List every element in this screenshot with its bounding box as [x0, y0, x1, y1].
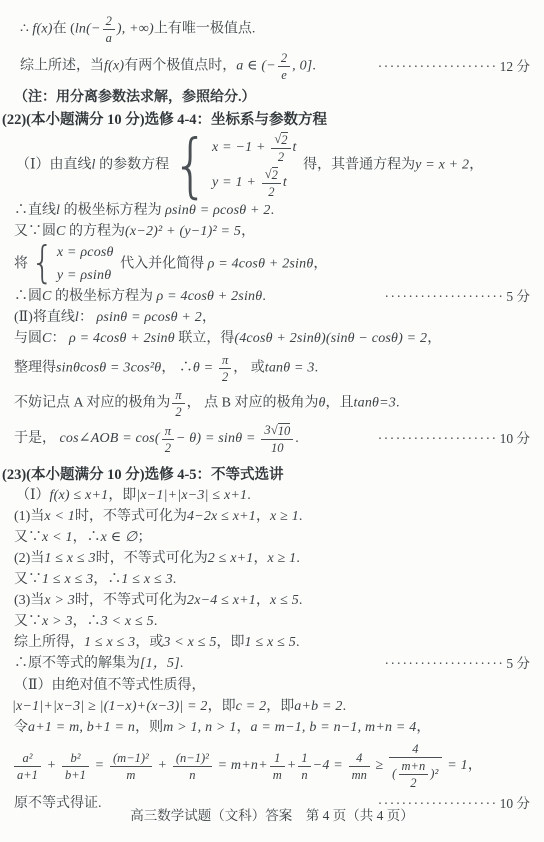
radical-sign-icon: √ [265, 167, 272, 181]
math-run: x = ρcosθ [57, 245, 114, 260]
fraction: √22 [271, 132, 290, 164]
math-run: 1 ≤ x ≤ 3 [121, 572, 172, 587]
math-run: 3 < x ≤ 5 [101, 614, 154, 629]
math-run: )² [430, 766, 438, 780]
score-marker: ····················5 分 [384, 654, 530, 674]
text-run: 联立，得 [175, 331, 235, 346]
text-run: ，即 [208, 699, 236, 714]
math-run: = m+n+ [214, 758, 268, 773]
math-run: (4cosθ + 2sinθ)(sinθ − cosθ) = 2 [234, 331, 427, 346]
math-run: − θ) = sinθ = [176, 431, 259, 446]
numerator: a² [14, 751, 41, 767]
text-run: ，∴ [73, 614, 101, 629]
left-brace-icon: { [172, 136, 209, 195]
math-run: 1 ≤ x ≤ 3 [84, 635, 135, 650]
math-run: a+b = 2 [294, 699, 342, 714]
numerator: 4 [349, 751, 370, 767]
numerator: b² [62, 751, 89, 767]
math-run: tanθ=3 [354, 396, 396, 411]
text-run: （Ⅱ）由绝对值不等式性质得， [14, 678, 206, 693]
fraction: a²a+1 [14, 751, 41, 782]
text-run: 上有唯一极值点. [154, 22, 256, 37]
math-run: c = 2 [236, 699, 267, 714]
text-run: ； [137, 530, 151, 545]
text-run: 的极坐标方程为 [60, 203, 165, 218]
math-run: t [293, 140, 297, 155]
fraction: 3√1010 [261, 423, 293, 455]
dotted-leader-icon: ···················· [384, 656, 504, 671]
text-run: ，则 [135, 720, 163, 735]
denominator: 10 [261, 440, 293, 455]
math-run: sinθcosθ = 3cos²θ [56, 361, 161, 376]
answer-line: |x−1|+|x−3| ≥ |(1−x)+(x−3)| = 2，即c = 2，即… [0, 697, 544, 717]
text-run: . [173, 572, 177, 587]
math-run: x ≥ 1 [270, 509, 299, 524]
radicand: 10 [278, 423, 291, 438]
denominator: mn [349, 767, 370, 782]
math-run: ρ = 4cosθ + 2sinθ [157, 289, 263, 304]
dotted-leader-icon: ···················· [378, 431, 498, 446]
denominator: (m+n2)² [389, 758, 441, 790]
text-run: 在 ( [53, 22, 75, 37]
text-run: ，∴ [73, 530, 101, 545]
answer-line: 又∵1 ≤ x ≤ 3，∴1 ≤ x ≤ 3. [0, 570, 544, 590]
text-run: ， 或 [233, 361, 265, 376]
text-run: 时，不等式可化为 [96, 551, 208, 566]
text-run: (2)当 [14, 551, 44, 566]
text-run: (22)(本小题满分 10 分)选修 4-4：坐标系与参数方程 [2, 112, 327, 128]
text-run: 时，不等式可化为 [75, 593, 187, 608]
text-run: 得，其普通方程为 [300, 158, 416, 173]
math-run: + [43, 758, 60, 773]
text-run: . [299, 593, 303, 608]
text-run: ， [469, 158, 483, 173]
math-run: C [56, 224, 66, 239]
text-run: 与圆 [14, 331, 42, 346]
math-run: a = m−1, b = n−1, m+n = 4 [251, 720, 417, 735]
fraction: π2 [162, 424, 174, 455]
equation-system: {x = ρcosθy = ρsinθ [31, 243, 114, 286]
math-run: ( [392, 766, 396, 780]
answer-line: a²a+1 + b²b+1 = (m−1)²m + (n−1)²n = m+n+… [0, 742, 544, 790]
math-run: 2x−4 ≤ x+1 [187, 593, 256, 608]
text-run: 的方程为 [66, 224, 126, 239]
math-run: ), +∞) [117, 22, 154, 37]
math-run: , 0] [292, 59, 312, 74]
dotted-leader-icon: ···················· [384, 289, 504, 304]
text-run: ∴原不等式的解集为 [14, 656, 140, 671]
answer-content: ∴ f(x)在 (ln(−2a), +∞)上有唯一极值点.综上所述，当f(x)有… [0, 14, 544, 814]
section-header-line: (23)(本小题满分 10 分)选修 4-5：不等式选讲 [0, 465, 544, 485]
fraction: b²b+1 [62, 751, 89, 782]
math-run: f(x) [32, 22, 52, 37]
text-run: ， [253, 551, 267, 566]
math-run: m > 1, n > 1 [163, 720, 236, 735]
text-run: 代入并化简得 [117, 257, 208, 272]
text-run: 有两个极值点时， [124, 59, 236, 74]
denominator: m [110, 767, 152, 782]
system-row: x = −1 + √22t [212, 132, 297, 164]
score-label: 5 分 [506, 289, 530, 304]
math-run: (x−2)² + (y−1)² = 5 [125, 224, 241, 239]
numerator: π [172, 388, 184, 404]
fraction: (n−1)²n [173, 751, 212, 782]
score-label: 5 分 [506, 656, 530, 671]
numerator: π [162, 424, 174, 440]
math-run: x = −1 + [212, 140, 269, 155]
math-run: cos∠AOB = cos( [60, 431, 160, 446]
text-run: ，即 [266, 699, 294, 714]
system-row: y = 1 + √22t [212, 167, 297, 199]
answer-line: (2)当1 ≤ x ≤ 3时，不等式可化为2 ≤ x+1，x ≥ 1. [0, 549, 544, 569]
text-run: ， [202, 310, 216, 325]
radical-sign-icon: √ [274, 132, 281, 146]
math-run: −4 = [313, 758, 347, 773]
answer-line: ∴直线l 的极坐标方程为 ρsinθ = ρcosθ + 2. [0, 201, 544, 221]
radicand: 2 [272, 167, 278, 182]
text-run: ，或 [135, 635, 163, 650]
math-run: 1 ≤ x ≤ 3 [44, 551, 95, 566]
math-run: θ = [193, 361, 217, 376]
numerator: 2 [103, 14, 115, 30]
text-run: . [296, 635, 300, 650]
answer-line: (3)当x > 3时，不等式可化为2x−4 ≤ x+1，x ≤ 5. [0, 591, 544, 611]
page-footer: 高三数学试题（文科）答案 第 4 页（共 4 页） [0, 804, 544, 824]
fraction: 4mn [349, 751, 370, 782]
answer-line: 综上所得，1 ≤ x ≤ 3，或3 < x ≤ 5，即1 ≤ x ≤ 5. [0, 633, 544, 653]
numerator: (m−1)² [110, 751, 152, 767]
math-run: C [42, 331, 52, 346]
math-run: x < 1 [44, 509, 75, 524]
answer-line: 整理得sinθcosθ = 3cos²θ， ∴θ = π2， 或tanθ = 3… [0, 353, 544, 384]
fraction: m+n2 [399, 759, 429, 790]
math-run: = 1 [444, 758, 468, 773]
text-run: ， [313, 257, 327, 272]
math-run: 1 ≤ x ≤ 3 [42, 572, 93, 587]
text-run: 又∵ [14, 530, 42, 545]
text-run: (1)当 [14, 509, 44, 524]
answer-line: 将{x = ρcosθy = ρsinθ 代入并化简得 ρ = 4cosθ + … [0, 243, 544, 286]
equation-system: {x = −1 + √22ty = 1 + √22t [172, 132, 296, 199]
dotted-leader-icon: ···················· [378, 59, 498, 74]
math-run: y = 1 + [212, 175, 260, 190]
denominator: 2 [271, 149, 290, 164]
math-run: + [154, 758, 171, 773]
math-run: t [283, 175, 287, 190]
denominator: n [173, 767, 212, 782]
text-run: 将 [14, 257, 28, 272]
math-run: [1，5] [140, 656, 180, 671]
math-run: ρ = 4cosθ + 2sinθ [69, 331, 175, 346]
numerator: 2 [278, 51, 290, 67]
numerator: 4 [389, 742, 441, 758]
answer-line: （Ⅱ）由绝对值不等式性质得， [0, 676, 544, 696]
math-run: ρsinθ = ρcosθ + 2 [165, 203, 271, 218]
text-run: ， [256, 509, 270, 524]
math-run: x < 1 [42, 530, 73, 545]
numerator: √2 [262, 167, 281, 184]
exam-answer-page: ∴ f(x)在 (ln(−2a), +∞)上有唯一极值点.综上所述，当f(x)有… [0, 0, 544, 842]
math-run: y = x + 2 [415, 158, 469, 173]
answer-line: ∴ f(x)在 (ln(−2a), +∞)上有唯一极值点. [0, 14, 544, 45]
math-run: f(x) [104, 59, 124, 74]
answer-line: 又∵x > 3，∴3 < x ≤ 5. [0, 612, 544, 632]
math-run: ρsinθ = ρcosθ + 2 [96, 310, 202, 325]
answer-line: 不妨记点 A 对应的极角为π2， 点 B 对应的极角为θ，且tanθ=3. [0, 388, 544, 419]
denominator: 2 [172, 404, 184, 419]
text-run: 的极坐标方程为 [52, 289, 157, 304]
numerator: (n−1)² [173, 751, 212, 767]
math-run: |x−1|+|x−3| ≤ x+1 [136, 488, 247, 503]
fraction: π2 [172, 388, 184, 419]
text-run: . [343, 699, 347, 714]
text-run: ，即 [108, 488, 136, 503]
sqrt-radical: √10 [271, 423, 290, 438]
denominator: 2 [399, 775, 429, 790]
fraction: 2e [278, 51, 290, 82]
fraction: 4(m+n2)² [389, 742, 441, 790]
denominator: m [270, 767, 285, 782]
text-run: ∴直线 [14, 203, 56, 218]
numerator: 1 [298, 751, 310, 767]
answer-line: ∴原不等式的解集为[1，5].····················5 分 [0, 654, 544, 674]
text-run: . [262, 289, 266, 304]
text-run: . [271, 203, 275, 218]
text-run: . [299, 509, 303, 524]
text-run: ， [416, 720, 430, 735]
text-run: . [312, 59, 316, 74]
radicand: 2 [281, 132, 287, 147]
text-run: ，即 [217, 635, 245, 650]
answer-line: 综上所述，当f(x)有两个极值点时，a ∈ (−2e, 0].·········… [0, 51, 544, 82]
fraction: 1m [270, 751, 285, 782]
score-marker: ····················12 分 [378, 57, 530, 77]
text-run: . [295, 431, 299, 446]
numerator: √2 [271, 132, 290, 149]
math-run: x > 3 [44, 593, 75, 608]
denominator: 2 [262, 184, 281, 199]
text-run: ： [52, 331, 70, 346]
text-run: 不妨记点 A 对应的极角为 [14, 396, 170, 411]
math-run: x ≥ 1 [267, 551, 296, 566]
text-run: 综上所得， [14, 635, 84, 650]
left-brace-icon: { [31, 246, 54, 283]
fraction: π2 [219, 353, 231, 384]
text-run: 又∵ [14, 614, 42, 629]
answer-line: (Ⅱ)将直线l： ρsinθ = ρcosθ + 2， [0, 308, 544, 328]
system-row: x = ρcosθ [57, 243, 114, 263]
text-run: 综上所述，当 [20, 59, 104, 74]
math-run: x ∈ ∅ [101, 530, 138, 545]
text-run: ， [241, 224, 255, 239]
text-run: 时，不等式可化为 [75, 509, 187, 524]
math-run: ρ = 4cosθ + 2sinθ [208, 257, 314, 272]
text-run: . [396, 396, 400, 411]
numerator: 3√10 [261, 423, 293, 440]
denominator: a+1 [14, 767, 41, 782]
math-run: 2 ≤ x+1 [208, 551, 254, 566]
sqrt-radical: √2 [265, 167, 278, 182]
radical-sign-icon: √ [271, 423, 278, 437]
text-run: 又∵圆 [14, 224, 56, 239]
text-run: (3)当 [14, 593, 44, 608]
system-rows: x = ρcosθy = ρsinθ [57, 243, 114, 286]
text-run: （Ⅰ）由直线 [16, 158, 92, 173]
math-run: ≥ [372, 758, 387, 773]
answer-line: 与圆C： ρ = 4cosθ + 2sinθ 联立，得(4cosθ + 2sin… [0, 329, 544, 349]
system-row: y = ρsinθ [57, 266, 114, 286]
math-run: − [266, 59, 276, 74]
math-run: a ∈ ( [236, 59, 266, 74]
text-run: . [247, 488, 251, 503]
text-run: . [315, 361, 319, 376]
sqrt-radical: √2 [274, 132, 287, 147]
text-run: 的参数方程 [96, 158, 170, 173]
text-run: ， 点 B 对应的极角为 [187, 396, 319, 411]
text-run: （Ⅰ） [16, 488, 50, 503]
answer-line: ∴圆C 的极坐标方程为 ρ = 4cosθ + 2sinθ.··········… [0, 287, 544, 307]
math-run: = [91, 758, 108, 773]
text-run: 整理得 [14, 361, 56, 376]
math-run: C [42, 289, 52, 304]
math-run: 3 < x ≤ 5 [163, 635, 216, 650]
system-rows: x = −1 + √22ty = 1 + √22t [212, 132, 297, 199]
text-run: (23)(本小题满分 10 分)选修 4-5：不等式选讲 [2, 467, 284, 483]
text-run: （注：用分离参数法求解，参照给分.） [14, 90, 256, 105]
math-run: ln(− [75, 22, 101, 37]
text-run: ，∴ [93, 572, 121, 587]
score-marker: ····················10 分 [378, 429, 530, 449]
fraction: √22 [262, 167, 281, 199]
answer-line: 又∵圆C 的方程为(x−2)² + (y−1)² = 5， [0, 222, 544, 242]
answer-line: 令a+1 = m, b+1 = n，则m > 1, n > 1，a = m−1,… [0, 718, 544, 738]
text-run: ， [256, 593, 270, 608]
text-run: ∴ [20, 22, 32, 37]
text-run: ， [237, 720, 251, 735]
text-run: (Ⅱ)将直线 [14, 310, 75, 325]
denominator: 2 [162, 440, 174, 455]
text-run: . [154, 614, 158, 629]
numerator: π [219, 353, 231, 369]
answer-line: 于是， cos∠AOB = cos(π2− θ) = sinθ = 3√1010… [0, 423, 544, 455]
score-label: 12 分 [500, 59, 530, 74]
fraction: 1n [298, 751, 310, 782]
math-run: x ≤ 5 [270, 593, 299, 608]
numerator: 1 [270, 751, 285, 767]
text-run: ， [427, 331, 441, 346]
text-run: ， ∴ [161, 361, 193, 376]
denominator: e [278, 67, 290, 82]
answer-line: （Ⅰ）由直线l 的参数方程{x = −1 + √22ty = 1 + √22t … [0, 132, 544, 199]
math-run: tanθ = 3 [265, 361, 315, 376]
text-run: . [180, 656, 184, 671]
math-run: + [287, 758, 297, 773]
answer-line: （Ⅰ）f(x) ≤ x+1，即|x−1|+|x−3| ≤ x+1. [0, 486, 544, 506]
fraction: 2a [103, 14, 115, 45]
score-label: 10 分 [500, 431, 530, 446]
text-run: ∴圆 [14, 289, 42, 304]
numerator: m+n [399, 759, 429, 775]
text-run: 令 [14, 720, 28, 735]
math-run: f(x) ≤ x+1 [50, 488, 109, 503]
math-run: 4−2x ≤ x+1 [187, 509, 256, 524]
denominator: n [298, 767, 310, 782]
math-run: x > 3 [42, 614, 73, 629]
score-marker: ····················5 分 [384, 287, 530, 307]
answer-line: (1)当x < 1时，不等式可化为4−2x ≤ x+1，x ≥ 1. [0, 507, 544, 527]
math-run: 1 ≤ x ≤ 5 [245, 635, 296, 650]
text-run: ，且 [326, 396, 354, 411]
text-run: 于是， [14, 431, 60, 446]
denominator: a [103, 30, 115, 45]
math-run: a+1 = m, b+1 = n [28, 720, 135, 735]
denominator: b+1 [62, 767, 89, 782]
text-run: . [296, 551, 300, 566]
section-header-line: (22)(本小题满分 10 分)选修 4-4：坐标系与参数方程 [0, 110, 544, 130]
denominator: 2 [219, 369, 231, 384]
grading-note-line: （注：用分离参数法求解，参照给分.） [0, 88, 544, 108]
math-run: y = ρsinθ [57, 268, 111, 283]
text-run: 又∵ [14, 572, 42, 587]
math-run: |x−1|+|x−3| ≥ |(1−x)+(x−3)| = 2 [12, 699, 208, 714]
answer-line: 又∵x < 1，∴x ∈ ∅； [0, 528, 544, 548]
text-run: ， [468, 758, 482, 773]
math-run: θ [318, 396, 325, 411]
fraction: (m−1)²m [110, 751, 152, 782]
text-run: ： [79, 310, 97, 325]
